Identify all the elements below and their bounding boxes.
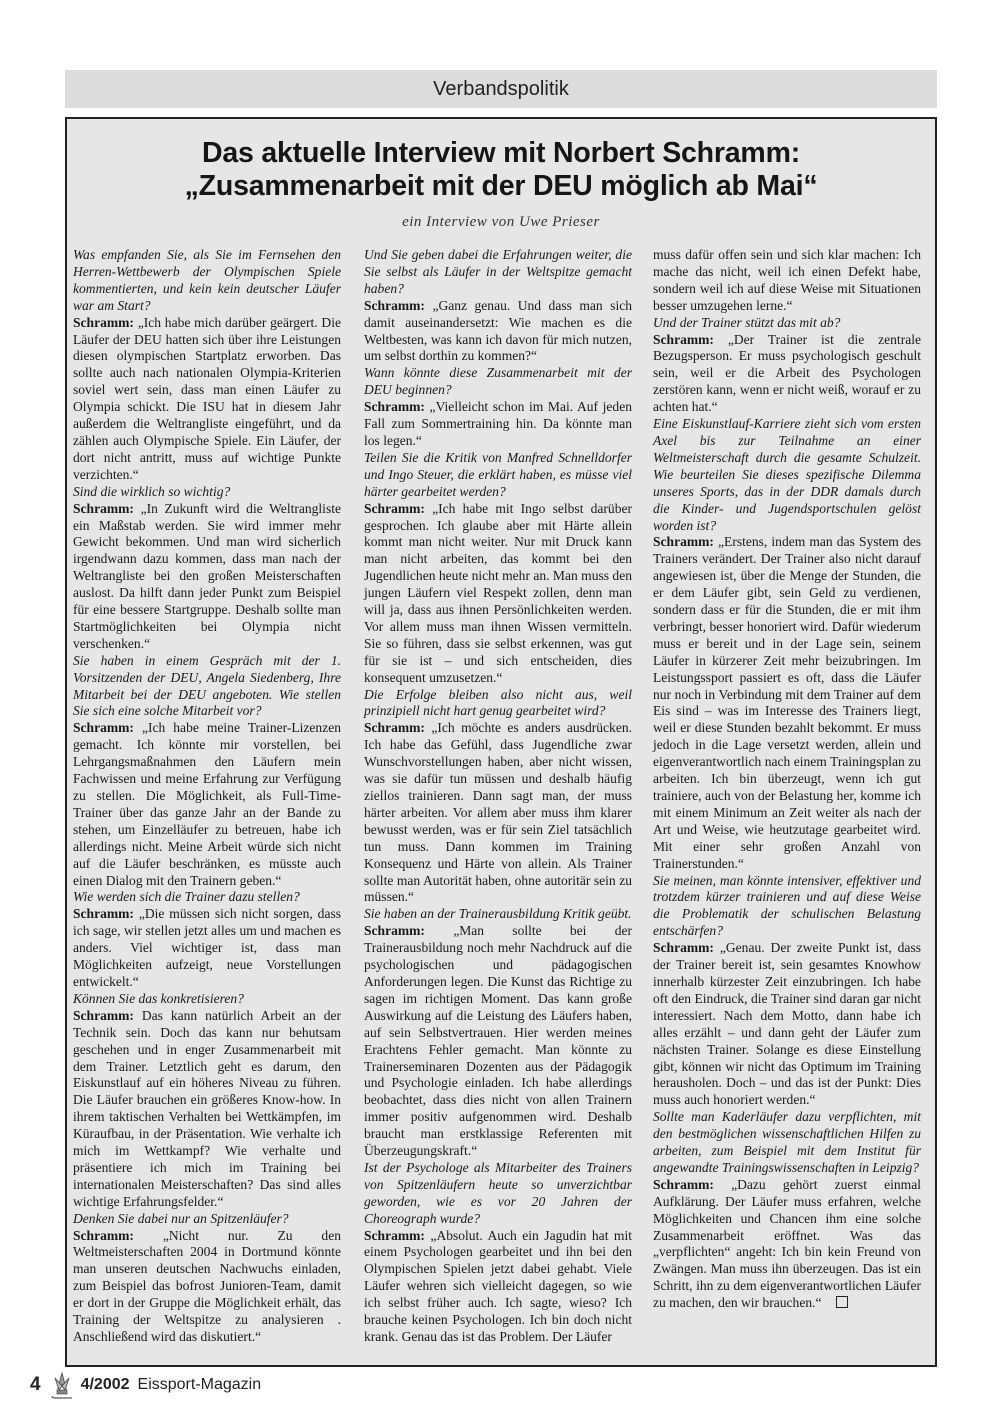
article-box: Das aktuelle Interview mit Norbert Schra… — [65, 117, 937, 1367]
headline-line-1: Das aktuelle Interview mit Norbert Schra… — [67, 137, 935, 170]
interview-question: Wie werden sich die Trainer dazu stellen… — [73, 889, 341, 906]
interview-question: Eine Eiskunstlauf-Karriere zieht sich vo… — [653, 416, 921, 534]
speaker-label: Schramm: — [653, 1177, 714, 1192]
interview-question: Sie haben an der Trainerausbildung Kriti… — [364, 906, 632, 923]
answer-text: „Nicht nur. Zu den Weltmeisterschaften 2… — [73, 1228, 341, 1344]
issue-number: 4/2002 — [81, 1376, 130, 1394]
article-columns: Was empfanden Sie, als Sie im Fernsehen … — [67, 247, 935, 1357]
page-number: 4 — [30, 1374, 41, 1396]
interview-answer: Schramm: „Vielleicht schon im Mai. Auf j… — [364, 399, 632, 450]
interview-answer: Schramm: „Genau. Der zweite Punkt ist, d… — [653, 940, 921, 1109]
speaker-label: Schramm: — [73, 501, 134, 516]
interview-answer: Schramm: „In Zukunft wird die Weltrangli… — [73, 501, 341, 653]
section-title: Verbandspolitik — [433, 78, 569, 100]
magazine-name: Eissport-Magazin — [138, 1376, 262, 1394]
page-footer: 4 4/2002 Eissport-Magazin — [30, 1370, 261, 1400]
speaker-label: Schramm: — [653, 534, 714, 549]
answer-text: „Dazu gehört zuerst einmal Aufklärung. D… — [653, 1177, 921, 1310]
answer-text: „Ich habe mit Ingo selbst darüber gespro… — [364, 501, 632, 685]
answer-continuation: muss dafür offen sein und sich klar mach… — [653, 247, 921, 315]
speaker-label: Schramm: — [653, 940, 714, 955]
interview-question: Was empfanden Sie, als Sie im Fernsehen … — [73, 247, 341, 315]
interview-question: Und Sie geben dabei die Erfahrungen weit… — [364, 247, 632, 298]
interview-answer: Schramm: „Dazu gehört zuerst einmal Aufk… — [653, 1177, 921, 1312]
interview-question: Können Sie das konkretisieren? — [73, 991, 341, 1008]
interview-question: Wann könnte diese Zusammenarbeit mit der… — [364, 365, 632, 399]
headline-line-2: „Zusammenarbeit mit der DEU möglich ab M… — [67, 170, 935, 203]
interview-answer: Schramm: „Die müssen sich nicht sorgen, … — [73, 906, 341, 991]
speaker-label: Schramm: — [364, 720, 425, 735]
interview-question: Sie meinen, man könnte intensiver, effek… — [653, 873, 921, 941]
interview-question: Teilen Sie die Kritik von Manfred Schnel… — [364, 450, 632, 501]
interview-question: Sollte man Kaderläufer dazu verpflichten… — [653, 1109, 921, 1177]
speaker-label: Schramm: — [73, 906, 134, 921]
answer-text: „Ich habe meine Trainer-Lizenzen gemacht… — [73, 720, 341, 887]
answer-text: Das kann natürlich Arbeit an der Technik… — [73, 1008, 341, 1209]
speaker-label: Schramm: — [73, 1008, 134, 1023]
interview-question: Sind die wirklich so wichtig? — [73, 484, 341, 501]
answer-text: „In Zukunft wird die Weltrangliste ein M… — [73, 501, 341, 651]
interview-answer: Schramm: „Der Trainer ist die zentrale B… — [653, 332, 921, 417]
interview-question: Die Erfolge bleiben also nicht aus, weil… — [364, 687, 632, 721]
section-header: Verbandspolitik — [65, 70, 937, 108]
interview-answer: Schramm: „Ganz genau. Und dass man sich … — [364, 298, 632, 366]
interview-answer: Schramm: „Erstens, indem man das System … — [653, 534, 921, 872]
interview-answer: Schramm: Das kann natürlich Arbeit an de… — [73, 1008, 341, 1211]
skate-logo-icon — [49, 1370, 75, 1400]
column-3: muss dafür offen sein und sich klar mach… — [653, 247, 921, 1312]
byline: ein Interview von Uwe Prieser — [67, 214, 935, 231]
speaker-label: Schramm: — [364, 298, 425, 313]
interview-answer: Schramm: „Ich habe mich darüber geärgert… — [73, 315, 341, 484]
speaker-label: Schramm: — [364, 501, 425, 516]
column-1: Was empfanden Sie, als Sie im Fernsehen … — [73, 247, 341, 1346]
interview-question: Sie haben in einem Gespräch mit der 1. V… — [73, 653, 341, 721]
speaker-label: Schramm: — [364, 1228, 425, 1243]
interview-question: Denken Sie dabei nur an Spitzenläufer? — [73, 1211, 341, 1228]
answer-text: „Ich habe mich darüber geärgert. Die Läu… — [73, 315, 341, 482]
interview-answer: Schramm: „Nicht nur. Zu den Weltmeisters… — [73, 1228, 341, 1346]
speaker-label: Schramm: — [364, 399, 425, 414]
interview-question: Und der Trainer stützt das mit ab? — [653, 315, 921, 332]
interview-answer: Schramm: „Ich habe mit Ingo selbst darüb… — [364, 501, 632, 687]
answer-text: „Absolut. Auch ein Jagudin hat mit einem… — [364, 1228, 632, 1344]
answer-text: „Erstens, indem man das System des Train… — [653, 534, 921, 870]
speaker-label: Schramm: — [73, 315, 134, 330]
speaker-label: Schramm: — [364, 923, 425, 938]
end-of-article-icon — [836, 1296, 848, 1308]
speaker-label: Schramm: — [73, 720, 134, 735]
interview-question: Ist der Psychologe als Mitarbeiter des T… — [364, 1160, 632, 1228]
interview-answer: Schramm: „Absolut. Auch ein Jagudin hat … — [364, 1228, 632, 1346]
column-2: Und Sie geben dabei die Erfahrungen weit… — [364, 247, 632, 1346]
answer-text: „Ich möchte es anders ausdrücken. Ich ha… — [364, 720, 632, 904]
answer-text: „Man sollte bei der Trainerausbildung no… — [364, 923, 632, 1158]
speaker-label: Schramm: — [73, 1228, 134, 1243]
interview-answer: Schramm: „Ich habe meine Trainer-Lizenze… — [73, 720, 341, 889]
headline: Das aktuelle Interview mit Norbert Schra… — [67, 137, 935, 203]
speaker-label: Schramm: — [653, 332, 714, 347]
interview-answer: Schramm: „Man sollte bei der Trainerausb… — [364, 923, 632, 1160]
answer-text: „Genau. Der zweite Punkt ist, dass der T… — [653, 940, 921, 1107]
interview-answer: Schramm: „Ich möchte es anders ausdrücke… — [364, 720, 632, 906]
